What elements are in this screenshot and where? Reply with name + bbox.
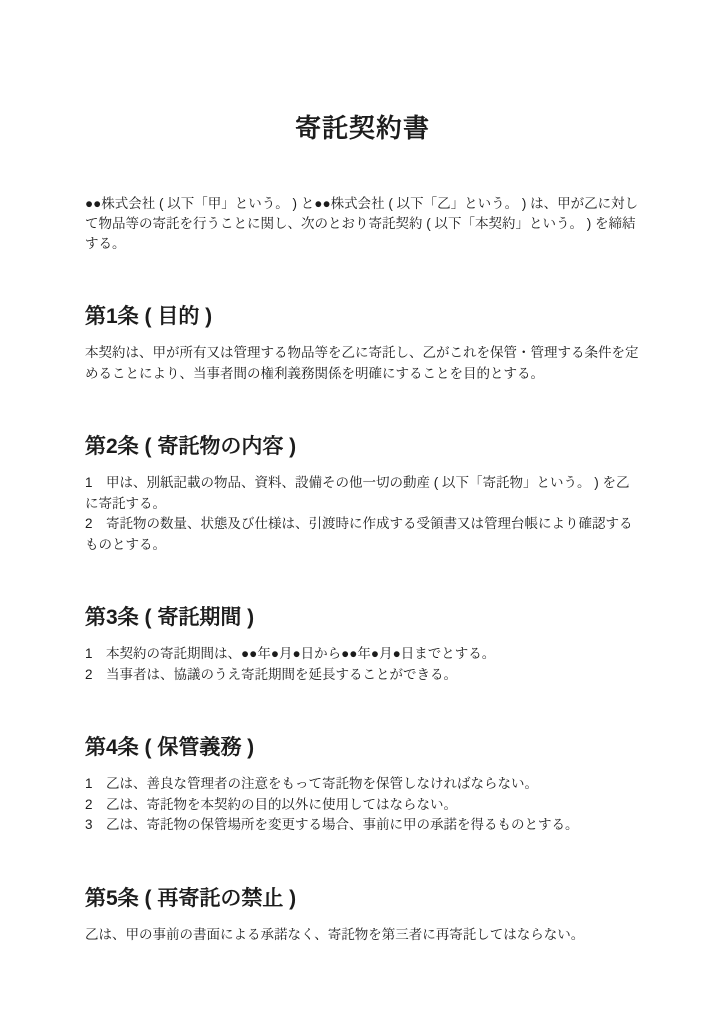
article-3-heading: 第3条 ( 寄託期間 ) [85,605,640,631]
article-2-clause-1: 1 甲は、別紙記載の物品、資料、設備その他一切の動産 ( 以下「寄託物」という。… [85,473,640,514]
intro-paragraph: ●●株式会社 ( 以下「甲」という。 ) と●●株式会社 ( 以下「乙」という。… [85,194,640,254]
article-3-clause-2: 2 当事者は、協議のうえ寄託期間を延長することができる。 [85,665,640,686]
article-1: 第1条 ( 目的 ) 本契約は、甲が所有又は管理する物品等を乙に寄託し、乙がこれ… [85,304,640,384]
article-1-heading: 第1条 ( 目的 ) [85,304,640,330]
article-5: 第5条 ( 再寄託の禁止 ) 乙は、甲の事前の書面による承諾なく、寄託物を第三者… [85,886,640,946]
article-4-clause-1: 1 乙は、善良な管理者の注意をもって寄託物を保管しなければならない。 [85,774,640,795]
article-2: 第2条 ( 寄託物の内容 ) 1 甲は、別紙記載の物品、資料、設備その他一切の動… [85,434,640,555]
article-3: 第3条 ( 寄託期間 ) 1 本契約の寄託期間は、●●年●月●日から●●年●月●… [85,605,640,685]
document-page: 寄託契約書 ●●株式会社 ( 以下「甲」という。 ) と●●株式会社 ( 以下「… [0,0,724,1024]
article-2-clause-2: 2 寄託物の数量、状態及び仕様は、引渡時に作成する受領書又は管理台帳により確認す… [85,514,640,555]
article-3-clause-1: 1 本契約の寄託期間は、●●年●月●日から●●年●月●日までとする。 [85,644,640,665]
article-1-paragraph: 本契約は、甲が所有又は管理する物品等を乙に寄託し、乙がこれを保管・管理する条件を… [85,343,640,384]
article-2-heading: 第2条 ( 寄託物の内容 ) [85,434,640,460]
article-4-clause-2: 2 乙は、寄託物を本契約の目的以外に使用してはならない。 [85,795,640,816]
article-4-clause-3: 3 乙は、寄託物の保管場所を変更する場合、事前に甲の承諾を得るものとする。 [85,815,640,836]
document-title: 寄託契約書 [85,112,640,144]
article-4-heading: 第4条 ( 保管義務 ) [85,735,640,761]
article-5-heading: 第5条 ( 再寄託の禁止 ) [85,886,640,912]
article-4: 第4条 ( 保管義務 ) 1 乙は、善良な管理者の注意をもって寄託物を保管しなけ… [85,735,640,836]
article-5-paragraph: 乙は、甲の事前の書面による承諾なく、寄託物を第三者に再寄託してはならない。 [85,925,640,946]
